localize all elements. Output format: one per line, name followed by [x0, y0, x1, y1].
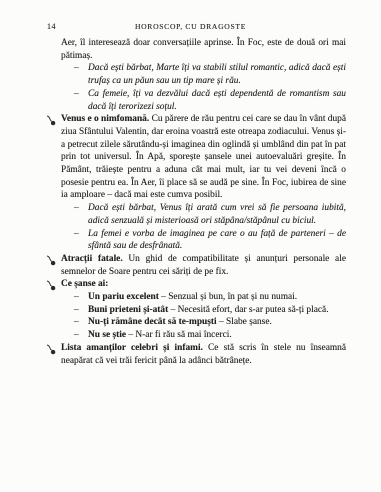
list-item-text: La femei e vorba de imaginea pe care o a… [88, 229, 346, 252]
chance-text: Necesită efort, dar s-ar putea să-ți pla… [178, 305, 329, 315]
dash-marker: – [74, 88, 79, 101]
atractii-lead: Atracții fatale. [61, 254, 123, 264]
list-item-text: Dacă ești bărbat, Marte îți va stabili s… [88, 63, 346, 86]
list-item: – Dacă ești bărbat, Venus îți arată cum … [61, 202, 346, 227]
sanse-lead: Ce șanse ai: [61, 279, 108, 289]
chance-text: Slabe șanse. [226, 317, 272, 327]
dash-separator: – [217, 317, 226, 327]
list-item-text: Dacă ești bărbat, Venus îți arată cum vr… [88, 203, 346, 226]
dash-marker: – [74, 202, 79, 215]
comet-bullet-icon [46, 344, 56, 355]
dash-separator: – [159, 292, 168, 302]
dash-marker: – [74, 304, 79, 317]
intro-paragraph: Aer, îl interesează doar conversațiile a… [61, 37, 346, 62]
comet-bullet-icon [46, 115, 56, 126]
lista-paragraph: Lista amanților celebri și infami. Ce st… [61, 342, 346, 367]
lista-lead: Lista amanților celebri și infami. [61, 343, 203, 353]
list-item: – La femei e vorba de imaginea pe care o… [61, 228, 346, 253]
chance-item: – Nu-ți rămâne decât să te-mpuști – Slab… [61, 316, 346, 329]
venus-lead: Venus e o nimfomană. [61, 114, 149, 124]
chance-lead: Nu-ți rămâne decât să te-mpuști [88, 317, 217, 327]
chance-item: – Nu se știe – N-ar fi rău să mai încerc… [61, 329, 346, 342]
chance-item: – Un pariu excelent – Senzual și bun, în… [61, 291, 346, 304]
dash-marker: – [74, 62, 79, 75]
chance-lead: Buni prieteni și-atât [88, 305, 168, 315]
list-item: – Ca femeie, îți va dezvălui dacă ești d… [61, 88, 346, 113]
dash-marker: – [74, 316, 79, 329]
dash-separator: – [168, 305, 177, 315]
chance-text: Senzual și bun, în pat și nu numai. [168, 292, 297, 302]
atractii-paragraph: Atracții fatale. Un ghid de compatibilit… [61, 253, 346, 278]
list-item: – Dacă ești bărbat, Marte îți va stabili… [61, 62, 346, 87]
chance-text: N-ar fi rău să mai încerci. [135, 330, 231, 340]
sanse-heading: Ce șanse ai: [61, 278, 346, 291]
dash-separator: – [126, 330, 135, 340]
venus-paragraph: Venus e o nimfomană. Cu părere de rău pe… [61, 113, 346, 202]
running-title: HOROSCOP, CU DRAGOSTE [0, 22, 381, 31]
dash-marker: – [74, 291, 79, 304]
dash-marker: – [74, 329, 79, 342]
chance-lead: Nu se știe [88, 330, 126, 340]
comet-bullet-icon [46, 280, 56, 291]
dash-marker: – [74, 228, 79, 241]
text-block: Aer, îl interesează doar conversațiile a… [61, 37, 346, 367]
comet-bullet-icon [46, 255, 56, 266]
book-page: 14 HOROSCOP, CU DRAGOSTE Aer, îl interes… [0, 0, 381, 492]
venus-text: Cu părere de rău pentru cei care se dau … [61, 114, 346, 200]
chance-item: – Buni prieteni și-atât – Necesită efort… [61, 304, 346, 317]
chance-lead: Un pariu excelent [88, 292, 159, 302]
list-item-text: Ca femeie, îți va dezvălui dacă ești dep… [88, 89, 346, 112]
